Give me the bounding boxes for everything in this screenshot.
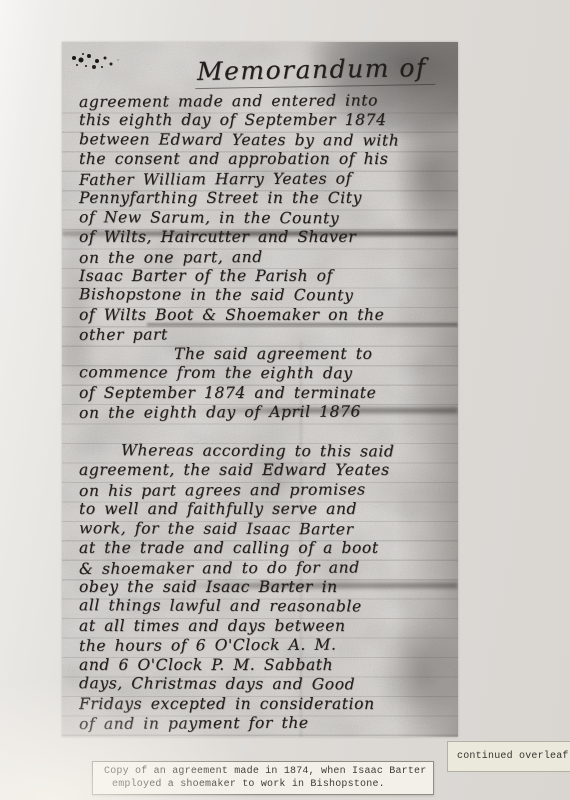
handwritten-line: Father William Harry Yeates of: [79, 169, 449, 190]
handwritten-line: Whereas according to this said: [121, 441, 449, 462]
handwritten-line: between Edward Yeates by and with: [79, 130, 449, 151]
handwritten-line: obey the said Isaac Barter in: [79, 578, 449, 597]
handwritten-line: the consent and approbation of his: [79, 150, 449, 169]
document-page: Memorandum of agreement made and entered…: [62, 42, 458, 737]
handwritten-line: commence from the eighth day: [79, 363, 449, 384]
caption-line-2: employed a shoemaker to work in Bishopst…: [93, 779, 433, 792]
continued-overleaf-label: continued overleaf.: [447, 741, 570, 772]
caption-line-1: Copy of an agreement made in 1874, when …: [93, 766, 433, 779]
continued-overleaf-text: continued overleaf.: [457, 751, 570, 762]
handwritten-line: on the one part, and: [79, 247, 449, 268]
handwritten-line: at all times and days between: [79, 617, 449, 636]
handwritten-line: [79, 422, 449, 441]
handwritten-line: Bishopstone in the said County: [79, 286, 449, 307]
caption-strip: Copy of an agreement made in 1874, when …: [92, 761, 434, 795]
handwritten-line: this eighth day of September 1874: [79, 111, 449, 130]
handwritten-line: to well and faithfully serve and: [79, 500, 449, 519]
handwritten-line: Isaac Barter of the Parish of: [79, 267, 449, 286]
handwritten-line: agreement made and entered into: [79, 91, 449, 112]
photo-of-document: Memorandum of agreement made and entered…: [0, 0, 570, 800]
handwritten-line: of Wilts Boot & Shoemaker on the: [79, 306, 449, 325]
handwritten-line: at the trade and calling of a boot: [79, 539, 449, 558]
handwritten-line: work, for the said Isaac Barter: [79, 519, 449, 540]
handwritten-line: Pennyfarthing Street in the City: [79, 189, 449, 208]
handwritten-line: on his part agrees and promises: [79, 480, 449, 501]
handwritten-line: other part: [79, 324, 449, 345]
handwritten-line: days, Christmas days and Good: [79, 674, 449, 695]
handwritten-line: of and in payment for the: [79, 713, 449, 734]
handwritten-line: The said agreement to: [174, 345, 449, 364]
ink-speckles: [72, 56, 76, 60]
handwritten-line: the hours of 6 O'Clock A. M.: [79, 635, 449, 656]
handwritten-line: on the eighth day of April 1876: [79, 402, 449, 423]
handwritten-lines: agreement made and entered intothis eigh…: [79, 92, 449, 733]
handwritten-line: Fridays excepted in consideration: [79, 695, 449, 714]
handwritten-line: of September 1874 and terminate: [79, 384, 449, 403]
handwritten-line: of Wilts, Haircutter and Shaver: [79, 228, 449, 247]
handwritten-line: agreement, the said Edward Yeates: [79, 461, 449, 480]
handwritten-line: all things lawful and reasonable: [79, 597, 449, 618]
handwritten-line: & shoemaker and to do for and: [79, 558, 449, 579]
document-title: Memorandum of: [195, 53, 435, 89]
handwritten-line: of New Sarum, in the County: [79, 208, 449, 229]
handwritten-line: and 6 O'Clock P. M. Sabbath: [79, 656, 449, 675]
